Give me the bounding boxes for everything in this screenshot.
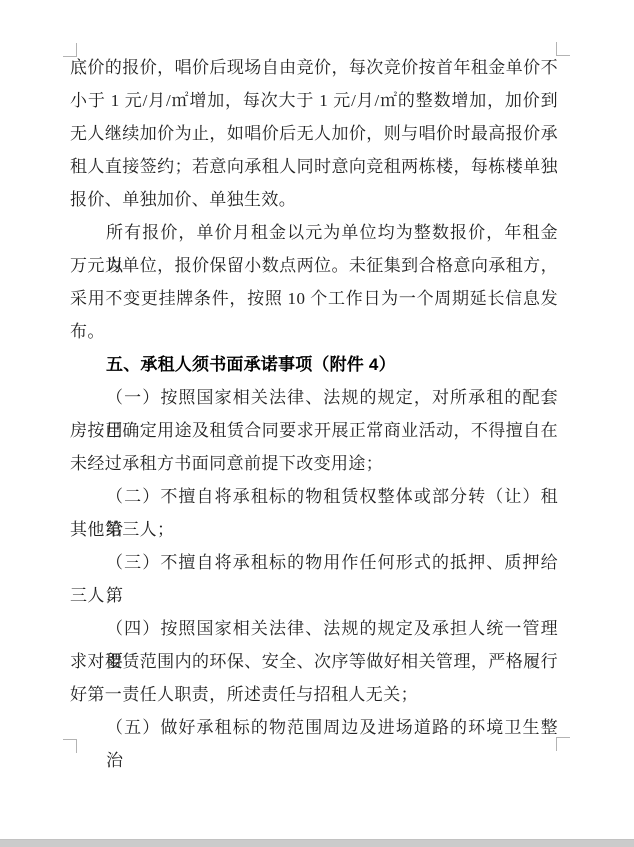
crop-mark-bottom-right xyxy=(556,737,570,751)
doc-line: 好第一责任人职责，所述责任与招租人无关； xyxy=(70,678,558,711)
viewport-bottom-gray-bar xyxy=(0,839,634,847)
doc-line: 未经过承租方书面同意前提下改变用途； xyxy=(70,447,558,480)
doc-line: 万元为单位，报价保留小数点两位。未征集到合格意向承租方， xyxy=(70,249,558,282)
document-text-area: 底价的报价，唱价后现场自由竞价，每次竞价按首年租金单价不 小于 1 元/月/㎡增… xyxy=(70,51,558,744)
doc-line: 求对租赁范围内的环保、安全、次序等做好相关管理，严格履行 xyxy=(70,645,558,678)
doc-line: （一）按照国家相关法律、法规的规定，对所承租的配套用 xyxy=(70,381,558,414)
doc-line: 采用不变更挂牌条件，按照 10 个工作日为一个周期延长信息发 xyxy=(70,282,558,315)
doc-line: 所有报价，单价月租金以元为单位均为整数报价，年租金以 xyxy=(70,216,558,249)
doc-line: 房按已确定用途及租赁合同要求开展正常商业活动，不得擅自在 xyxy=(70,414,558,447)
doc-line: 无人继续加价为止，如唱价后无人加价，则与唱价时最高报价承 xyxy=(70,117,558,150)
crop-mark-top-right xyxy=(556,42,570,56)
doc-line: 其他第三人； xyxy=(70,513,558,546)
doc-line: 底价的报价，唱价后现场自由竞价，每次竞价按首年租金单价不 xyxy=(70,51,558,84)
doc-line: （四）按照国家相关法律、法规的规定及承担人统一管理要 xyxy=(70,612,558,645)
doc-line: （三）不擅自将承租标的物用作任何形式的抵押、质押给第 xyxy=(70,546,558,579)
document-page: 底价的报价，唱价后现场自由竞价，每次竞价按首年租金单价不 小于 1 元/月/㎡增… xyxy=(0,0,634,847)
doc-line: 布。 xyxy=(70,315,558,348)
doc-line: 租人直接签约；若意向承租人同时意向竞租两栋楼，每栋楼单独 xyxy=(70,150,558,183)
doc-line: （五）做好承租标的物范围周边及进场道路的环境卫生整治 xyxy=(70,711,558,744)
section-heading: 五、承租人须书面承诺事项（附件 4） xyxy=(70,348,558,381)
doc-line: 三人； xyxy=(70,579,558,612)
doc-line: 小于 1 元/月/㎡增加，每次大于 1 元/月/㎡的整数增加，加价到 xyxy=(70,84,558,117)
doc-line: （二）不擅自将承租标的物租赁权整体或部分转（让）租给 xyxy=(70,480,558,513)
doc-line: 报价、单独加价、单独生效。 xyxy=(70,183,558,216)
